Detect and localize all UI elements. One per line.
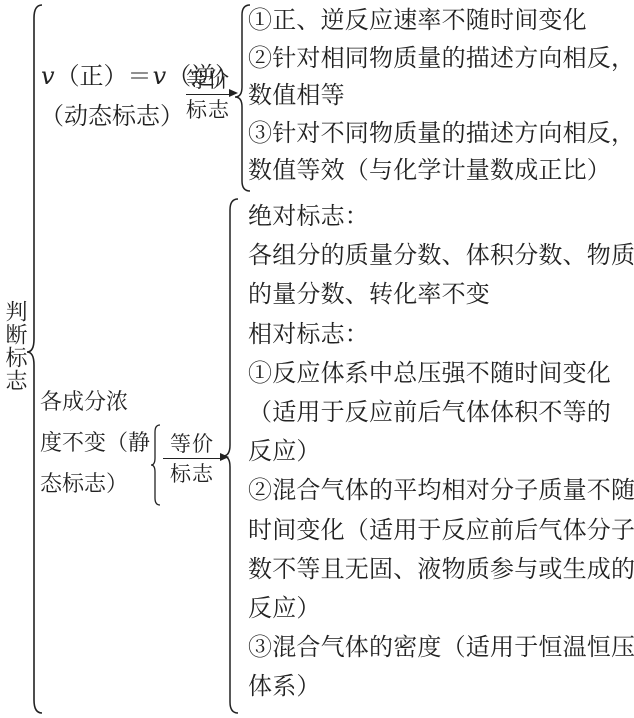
- criterion-line: （适用于反应前后气体体积不等的: [248, 394, 634, 433]
- bottom-criteria-list: 绝对标志： 各组分的质量分数、体积分数、物质 的量分数、转化率不变 相对标志： …: [248, 198, 634, 708]
- right-arrow-icon: [163, 458, 221, 459]
- criterion-line: 体系）: [248, 668, 634, 707]
- criterion-line: 反应）: [248, 590, 634, 629]
- criterion-line: 数值等效（与化学计量数成正比）: [248, 153, 634, 191]
- equivalence-arrow-top: 等价 标志: [186, 68, 230, 122]
- arrow-label-above: 等价: [170, 432, 214, 456]
- bottom-condition: 各成分浓 度不变（静 态标志）: [40, 381, 150, 504]
- criterion-line: 数不等且无固、液物质参与或生成的: [248, 551, 634, 590]
- root-label: 判断标志: [3, 300, 27, 392]
- equivalence-small-brace: [150, 424, 161, 506]
- criterion-line: ②针对相同物质量的描述方向相反，: [248, 41, 634, 79]
- textbook-diagram: 判断标志 v（正）＝v（逆） （动态标志） 等价 标志 ①正、逆反应速率不随时间…: [0, 0, 634, 718]
- bottom-group-brace: [222, 198, 239, 714]
- rate-equation-text: （正）＝: [56, 64, 152, 90]
- right-arrow-icon: [186, 94, 230, 95]
- criterion-line: ③针对不同物质量的描述方向相反，: [248, 116, 634, 154]
- criterion-line: ③混合气体的密度（适用于恒温恒压: [248, 629, 634, 668]
- criterion-line: 反应）: [248, 433, 634, 472]
- condition-line: 各成分浓: [40, 381, 150, 422]
- criterion-line: ①正、逆反应速率不随时间变化: [248, 3, 634, 41]
- arrow-label-below: 标志: [186, 98, 230, 122]
- condition-line: 态标志）: [40, 463, 150, 504]
- criterion-line: ①反应体系中总压强不随时间变化: [248, 355, 634, 394]
- arrow-label-above: 等价: [186, 68, 230, 92]
- criterion-line: 绝对标志：: [248, 198, 634, 237]
- criterion-line: ②混合气体的平均相对分子质量不随: [248, 472, 634, 511]
- criterion-line: 数值相等: [248, 78, 634, 116]
- arrow-label-below: 标志: [170, 462, 214, 486]
- criterion-line: 的量分数、转化率不变: [248, 276, 634, 315]
- criterion-line: 相对标志：: [248, 316, 634, 355]
- top-criteria-list: ①正、逆反应速率不随时间变化 ②针对相同物质量的描述方向相反， 数值相等 ③针对…: [248, 3, 634, 191]
- condition-line: 度不变（静: [40, 422, 150, 463]
- v-reverse-symbol: v: [152, 62, 168, 90]
- v-forward-symbol: v: [40, 62, 56, 90]
- equivalence-arrow-bottom: 等价 标志: [163, 432, 221, 486]
- criterion-line: 各组分的质量分数、体积分数、物质: [248, 237, 634, 276]
- criterion-line: 时间变化（适用于反应前后气体分子: [248, 512, 634, 551]
